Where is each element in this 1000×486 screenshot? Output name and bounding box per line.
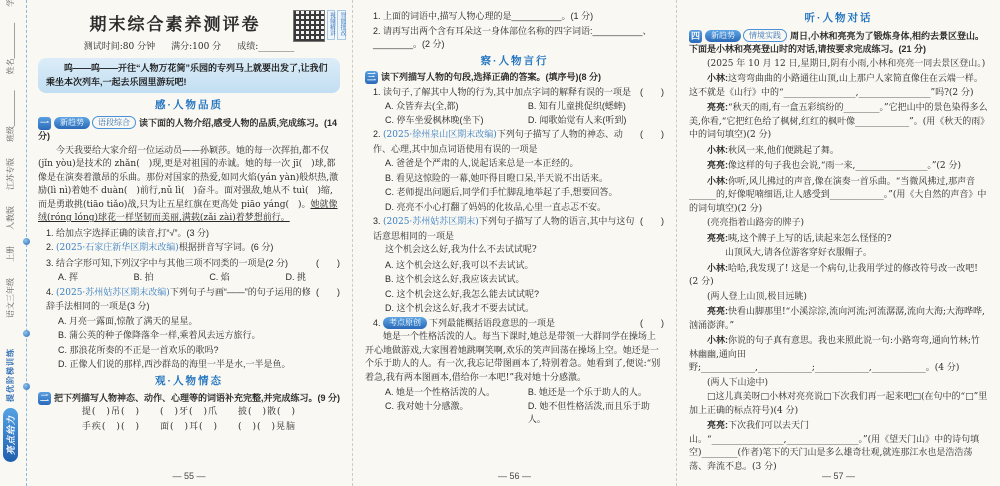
paper-meta: 测试时间:80 分钟 满分:100 分 成绩:________ bbox=[38, 41, 340, 55]
q3-sub4-text: 下列最能概括语段意思的一项是 bbox=[429, 318, 555, 328]
q3-sub4-number: 4. bbox=[373, 318, 383, 328]
score-field: 成绩:________ bbox=[237, 41, 294, 55]
spine-class-field: 班级________ bbox=[5, 90, 16, 142]
q3-sub4-options: A. 她是一个性格活泼的人。 B. 她还是一个乐于助人的人。 C. 我对她十分感… bbox=[365, 386, 664, 427]
question-1-number: 一 bbox=[38, 117, 51, 130]
badge-passage-comprehensive: 语段综合 bbox=[92, 116, 136, 129]
badge-exam-point-original: 考点原创 bbox=[383, 317, 427, 329]
option: C. 那浪花所奏的不正是一首欢乐的歌吗? bbox=[38, 344, 340, 358]
answer-blank-parens: ( ) bbox=[640, 128, 664, 142]
question-4-head: 四新趋势情境实践周日,小林和亮亮为了锻炼身体,相约去景区登山。下面是小林和亮亮登… bbox=[689, 29, 988, 57]
q1-sub2-source: (2025·石家庄新华区期末改编) bbox=[56, 243, 179, 253]
q3-sub2-source: (2025·徐州泉山区期末改编) bbox=[383, 130, 497, 140]
q1-sub4: ( )4. (2025·苏州姑苏区期末改编)下列句子与画“——”的句子运用的修辞… bbox=[38, 286, 340, 314]
spine-edition: 人教版 bbox=[5, 206, 16, 230]
test-duration: 测试时间:80 分钟 bbox=[84, 41, 155, 55]
q3-sub2: ( )2. (2025·徐州泉山区期末改编)下列句子描写了人物的神态、动作、心理… bbox=[365, 128, 664, 156]
speaker-xiaolin: 小林: bbox=[707, 335, 728, 345]
spine-book-info: 语文三年级 上册 人教版 江苏专版 班级________ 姓名________ … bbox=[5, 18, 16, 318]
dialogue-text: 秋风一来,他们便跳起了舞。 bbox=[728, 146, 839, 156]
spine-book-title: 语文三年级 bbox=[5, 278, 16, 318]
speaker-liangliang: 亮亮: bbox=[707, 233, 728, 243]
option: A. 爸爸是个严肃的人,说起话来总是一本正经的。 bbox=[365, 157, 664, 171]
question-1-passage: 今天我要给大家介绍一位运动员——孙颖莎。她的每一次挥拍,都不仅(jǐn yòu)… bbox=[38, 145, 340, 226]
badge-new-trend: 新趋势 bbox=[54, 117, 90, 129]
spine-volume: 上册 bbox=[5, 246, 16, 262]
dialogue-text: 下次我们可以去天门山。“________________,___________… bbox=[689, 421, 979, 472]
series-logo-subtitle: 提优阶梯训练 bbox=[5, 348, 16, 402]
option: A. 月亮一露面,惊散了满天的星星。 bbox=[38, 315, 340, 329]
dialogue-line: 亮亮:“秋天的雨,有一盒五彩缤纷的________。”它把山中的景色染得多么美,… bbox=[689, 101, 988, 143]
speaker-liangliang: 亮亮: bbox=[707, 420, 728, 430]
answer-blank-parens: ( ) bbox=[316, 286, 340, 300]
question-2-head: 二把下列描写人物神态、动作、心理等的词语补充完整,并完成练习。(9 分) bbox=[38, 392, 340, 406]
option: A. 挥 bbox=[58, 271, 78, 285]
answer-blank-parens: ( ) bbox=[640, 86, 664, 100]
page-number: — 57 — bbox=[677, 470, 1000, 484]
q2-sub2: 2. 请再写出两个含有耳朵这一身体部位名称的四字词语:__________、__… bbox=[365, 25, 664, 52]
dialogue-line: 小林:这弯弯曲曲的小路通往山顶,山上那户人家简直像住在云端一样。这不就是《山行》… bbox=[689, 72, 988, 100]
q1-sub2-text: 根据拼音写字词。(6 分) bbox=[179, 242, 274, 252]
book-spine: 语文三年级 上册 人教版 江苏专版 班级________ 姓名________ … bbox=[0, 0, 27, 486]
dialogue-text: 你说的句子真有意思。我也来照此说一句:小路弯弯,通向竹林;竹林幽幽,通向田野;_… bbox=[689, 336, 980, 373]
dialogue-text: 你听,风儿拂过的声音,像在演奏一首乐曲。“当微风拂过,那声音______的,好像… bbox=[689, 177, 986, 214]
passage-main: 今天我要给大家介绍一位运动员——孙颖莎。她的每一次挥拍,都不仅(jǐn yòu)… bbox=[38, 146, 338, 210]
dialogue-text: 咦,这个牌子上写的话,读起来怎么怪怪的? bbox=[728, 234, 892, 244]
q3-sub3-quote: 这个机会这么好,我为什么不去试试呢? bbox=[365, 244, 664, 258]
option: C. 焰 bbox=[209, 271, 230, 285]
qr-block: 视频精讲 智能批改 bbox=[293, 10, 346, 42]
q1-sub2: 2. (2025·石家庄新华区期末改编)根据拼音写字词。(6 分) bbox=[38, 241, 340, 256]
dialogue-stage-direction: (两人下山途中) bbox=[689, 377, 988, 391]
section-header-pinzhi: 感·人物品质 bbox=[38, 98, 340, 114]
q3-sub2-number: 2. bbox=[373, 129, 383, 139]
option: C. 我对她十分感激。 bbox=[385, 400, 528, 427]
speaker-liangliang: 亮亮: bbox=[707, 306, 728, 316]
option: C. 老师提出问题后,同学们手忙脚乱地举起了手,想要回答。 bbox=[365, 186, 664, 200]
paper-title: 期末综合素养测评卷 bbox=[38, 12, 312, 38]
dialogue-text: “秋天的雨,有一盒五彩缤纷的________。”它把山中的景色染得多么美,你看,… bbox=[689, 103, 988, 140]
question-3-head: 三读下列描写人物的句段,选择正确的答案。(填序号)(8 分) bbox=[365, 71, 664, 85]
q3-sub1-options: A. 众皆弃去(全,都) B. 知有儿童挑促织(蟋蟀) C. 停车坐爱枫林晚(坐… bbox=[365, 100, 664, 127]
dialogue-line: 亮亮:快看山脚那里!“小溪淙淙,流向河流;河流潺潺,流向大海;大海哗哗,汹涌澎湃… bbox=[689, 305, 988, 333]
q3-sub4-passage: 她是一个性格活泼的人。每当下课时,她总是带领一大群同学在操场上开心地做游戏,大家… bbox=[365, 331, 664, 385]
section-header-qingtai: 观·人物情态 bbox=[38, 374, 340, 390]
dialogue-line: 亮亮:咦,这个牌子上写的话,读起来怎么怪怪的? bbox=[689, 232, 988, 247]
page-number: — 55 — bbox=[26, 470, 352, 484]
option: A. 她是一个性格活泼的人。 bbox=[385, 386, 528, 400]
speaker-xiaolin: 小林: bbox=[707, 176, 728, 186]
option: B. 这个机会这么好,我应该去试试。 bbox=[365, 273, 664, 287]
q3-sub1: ( )1. 读句子,了解其中人物的行为,其中加点字词的解释有误的一项是 bbox=[365, 86, 664, 100]
option: D. 正像人们说的那样,西沙群岛的海里一半是水,一半是鱼。 bbox=[38, 358, 340, 372]
option: A. 这个机会这么好,我可以不去试试。 bbox=[365, 259, 664, 273]
answer-blank-parens: ( ) bbox=[316, 257, 340, 271]
option: D. 挑 bbox=[285, 271, 306, 285]
q1-sub2-number: 2. bbox=[46, 242, 56, 252]
question-1-head: 一新趋势语段综合读下面的人物介绍,感受人物的品质,完成练习。(14 分) bbox=[38, 116, 340, 144]
question-4-number: 四 bbox=[689, 30, 702, 43]
dialogue-stage-direction: (两人登上山顶,极目远眺) bbox=[689, 291, 988, 305]
section-header-yanxing: 察·人物言行 bbox=[365, 54, 664, 70]
q2-sub1: 1. 上面的词语中,描写人物心理的是__________。(1 分) bbox=[365, 10, 664, 24]
option: B. 知有儿童挑促织(蟋蟀) bbox=[528, 100, 664, 114]
question-3-number: 三 bbox=[365, 71, 378, 84]
q1-sub3-text: 3. 结合字形可知,下列汉字中与其他三项不同类的一项是(2 分) bbox=[46, 258, 288, 268]
option: D. 闻歌始觉有人来(听到) bbox=[528, 114, 664, 128]
spine-name-field: 姓名________ bbox=[5, 23, 16, 75]
badge-new-trend: 新趋势 bbox=[705, 30, 741, 42]
dialogue-stage-direction: (2025 年 10 月 12 日,星期日,阴有小雨,小林和亮亮一同去景区登山。… bbox=[689, 58, 988, 72]
speaker-liangliang: 亮亮: bbox=[707, 102, 728, 112]
option: A. 众皆弃去(全,都) bbox=[385, 100, 528, 114]
dialogue-text: 像这样的句子我也会说,“雨一来,________________。”(2 分) bbox=[728, 161, 961, 171]
answer-blank-parens: ( ) bbox=[640, 317, 664, 331]
option: B. 拍 bbox=[134, 271, 154, 285]
page-57: 听·人物对话 四新趋势情境实践周日,小林和亮亮为了锻炼身体,相约去景区登山。下面… bbox=[676, 0, 1000, 486]
section-header-duihua: 听·人物对话 bbox=[689, 11, 988, 27]
full-score: 满分:100 分 bbox=[171, 41, 221, 55]
qr-label-grading: 智能批改 bbox=[337, 10, 346, 40]
qr-label-video: 视频精讲 bbox=[327, 10, 336, 40]
dialogue-line: 小林:哈哈,我发现了! 这是一个病句,让我用学过的修改符号改一改吧! (2 分) bbox=[689, 262, 988, 290]
option: B. 看见这惊险的一幕,她吓得目瞪口呆,半天说不出话来。 bbox=[365, 172, 664, 186]
q3-sub3: ( )3. (2025·苏州姑苏区期末)下列句子描写了人物的语言,其中与这句话意… bbox=[365, 215, 664, 243]
dialogue-line: 小林:秋风一来,他们便跳起了舞。 bbox=[689, 144, 988, 159]
speaker-xiaolin: 小林: bbox=[707, 73, 728, 83]
dialogue-text: 这弯弯曲曲的小路通往山顶,山上那户人家简直像住在云端一样。这不就是《山行》中的“… bbox=[689, 74, 983, 98]
q1-sub3: ( )3. 结合字形可知,下列汉字中与其他三项不同类的一项是(2 分) bbox=[38, 257, 340, 271]
question-2-number: 二 bbox=[38, 392, 51, 405]
question-2-stem: 把下列描写人物神态、动作、心理等的词语补充完整,并完成练习。(9 分) bbox=[54, 393, 340, 403]
option: B. 她还是一个乐于助人的人。 bbox=[528, 386, 664, 400]
option: C. 这个机会这么好,我怎么能去试试呢? bbox=[365, 288, 664, 302]
option: C. 停车坐爱枫林晚(坐下) bbox=[385, 114, 528, 128]
speaker-xiaolin: 小林: bbox=[707, 145, 728, 155]
q3-sub1-text: 1. 读句子,了解其中人物的行为,其中加点字词的解释有误的一项是 bbox=[373, 87, 631, 97]
option: D. 亮亮不小心打翻了妈妈的化妆品,心里一直忐忑不安。 bbox=[365, 201, 664, 215]
dialogue-text: 哈哈,我发现了! 这是一个病句,让我用学过的修改符号改一改吧! (2 分) bbox=[689, 264, 978, 288]
qr-code bbox=[293, 10, 325, 42]
dialogue-line: 小林:你说的句子真有意思。我也来照此说一句:小路弯弯,通向竹林;竹林幽幽,通向田… bbox=[689, 334, 988, 376]
mountain-sign-text: 山顶风大,请各位游客穿好衣服帽子。 bbox=[689, 247, 988, 261]
series-logo: 亮点给力 提优阶梯训练 bbox=[3, 342, 18, 462]
q1-sub3-options: A. 挥 B. 拍 C. 焰 D. 挑 bbox=[38, 271, 340, 285]
page-56: 1. 上面的词语中,描写人物心理的是__________。(1 分) 2. 请再… bbox=[352, 0, 676, 486]
exam-paper-scan: 语文三年级 上册 人教版 江苏专版 班级________ 姓名________ … bbox=[0, 0, 1000, 486]
badge-situated-practice: 情境实践 bbox=[743, 29, 787, 42]
question-3-stem: 读下列描写人物的句段,选择正确的答案。(填序号)(8 分) bbox=[381, 72, 601, 82]
q1-sub4-number: 4. bbox=[46, 287, 56, 297]
page-55: 视频精讲 智能批改 期末综合素养测评卷 测试时间:80 分钟 满分:100 分 … bbox=[26, 0, 352, 486]
answer-blank-parens: ( ) bbox=[640, 215, 664, 229]
option: D. 她不但性格活泼,而且乐于助人。 bbox=[528, 400, 664, 427]
q1-sub1: 1. 给加点字选择正确的读音,打“√”。(3 分) bbox=[38, 227, 340, 241]
q1-sub4-source: (2025·苏州姑苏区期末改编) bbox=[56, 288, 170, 298]
page-number: — 56 — bbox=[353, 470, 676, 484]
dialogue-stage-direction: (亮亮指着山路旁的牌子) bbox=[689, 217, 988, 231]
dialogue-text: 快看山脚那里!“小溪淙淙,流向河流;河流潺潺,流向大海;大海哗哗,汹涌澎湃。” bbox=[689, 307, 985, 331]
dialogue-line: 亮亮:像这样的句子我也会说,“雨一来,________________。”(2 … bbox=[689, 159, 988, 174]
speaker-liangliang: 亮亮: bbox=[707, 160, 728, 170]
dialogue-line: 亮亮:下次我们可以去天门山。“________________,________… bbox=[689, 419, 988, 474]
speaker-xiaolin: 小林: bbox=[707, 263, 728, 273]
word-completion-row: 手疾( )( ) 面( )耳( ) ( )( )晃脑 bbox=[38, 421, 340, 435]
q3-sub3-number: 3. bbox=[373, 216, 383, 226]
spine-student-id-field: 学号________ bbox=[5, 0, 16, 7]
word-completion-row: 提( )吊( ) ( )牙( )爪 披( )散( ) bbox=[38, 406, 340, 420]
punctuation-exercise-line: □这儿真美呀□小林对亮亮说□下次我们再一起来吧□(在句中的“□”里加上正确的标点… bbox=[689, 391, 988, 418]
option: D. 这个机会这么好,我才不要去试试。 bbox=[365, 302, 664, 316]
intro-banner: 呜——呜——开往“人物万花筒”乐园的专列马上就要出发了,让我们乘坐本次列车,一起… bbox=[38, 58, 340, 93]
dialogue-line: 小林:你听,风儿拂过的声音,像在演奏一首乐曲。“当微风拂过,那声音______的… bbox=[689, 175, 988, 217]
q3-sub3-source: (2025·苏州姑苏区期末) bbox=[383, 217, 479, 227]
spine-region: 江苏专版 bbox=[5, 158, 16, 190]
q3-sub4: ( )4. 考点原创下列最能概括语段意思的一项是 bbox=[365, 317, 664, 331]
option: B. 蒲公英的种子像降落伞一样,乘着风去远方旅行。 bbox=[38, 329, 340, 343]
series-logo-pill: 亮点给力 bbox=[3, 408, 18, 462]
